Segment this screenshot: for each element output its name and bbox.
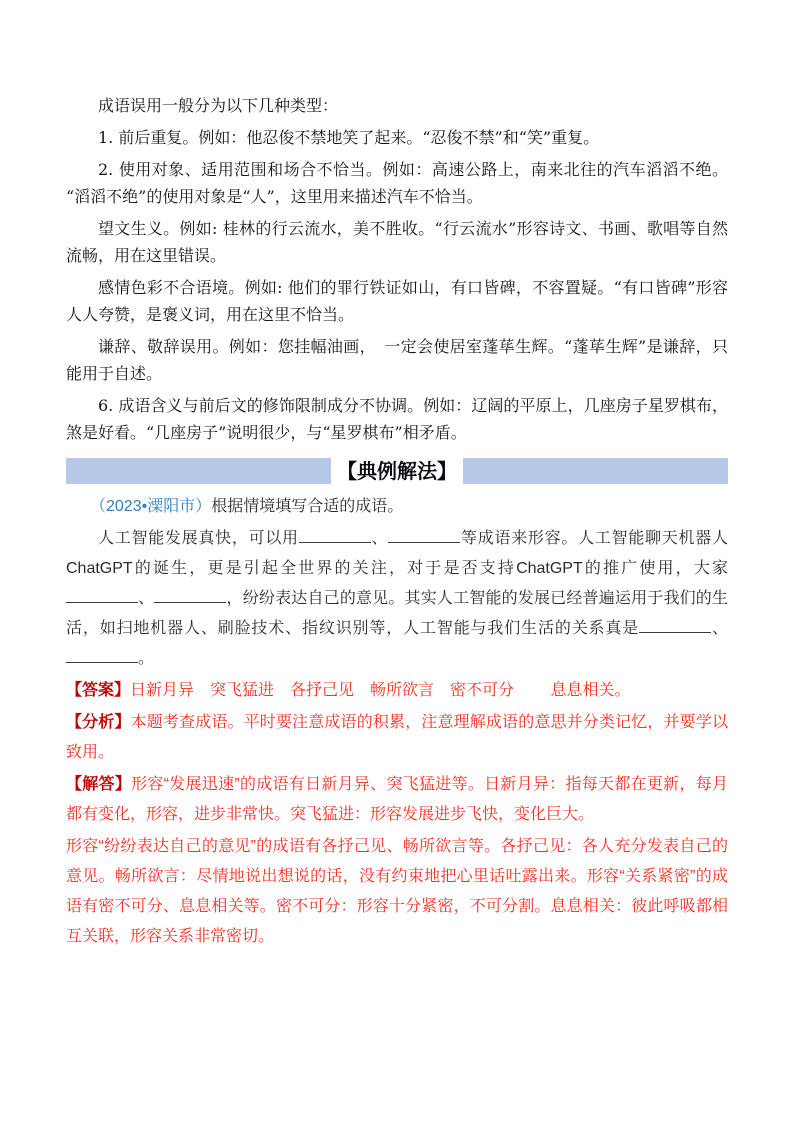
question-source-line: （2023•溧阳市）根据情境填写合适的成语。	[66, 492, 728, 522]
fill-in-blank	[639, 616, 711, 633]
intro-item-6: 6. 成语含义与前后文的修饰限制成分不协调。例如：辽阔的平原上，几座房子星罗棋布…	[66, 392, 728, 446]
intro-item-2: 2. 使用对象、适用范围和场合不恰当。例如：高速公路上，南来北往的汽车滔滔不绝。…	[66, 156, 728, 210]
section-banner: 【典例解法】	[66, 458, 728, 484]
section-banner-title: 【典例解法】	[331, 455, 463, 487]
fill-in-blank	[154, 586, 226, 603]
intro-item-1: 1. 前后重复。例如：他忍俊不禁地笑了起来。“忍俊不禁”和“笑”重复。	[66, 124, 728, 151]
intro-item-4: 感情色彩不合语境。例如: 他们的罪行铁证如山，有口皆碑，不容置疑。“有口皆碑”形…	[66, 274, 728, 328]
question-prompt: 根据情境填写合适的成语。	[211, 498, 403, 515]
analysis-text: 本题考查成语。平时要注意成语的积累，注意理解成语的意思并分类记忆，并要学以致用。	[66, 714, 728, 761]
question-passage: 人工智能发展真快，可以用、等成语来形容。人工智能聊天机器人ChatGPT的诞生，…	[66, 524, 728, 674]
fill-in-blank	[299, 526, 371, 543]
fill-in-blank	[66, 646, 138, 663]
answer-analysis-section: 【答案】日新月异 突飞猛进 各抒己见 畅所欲言 密不可分 息息相关。 【分析】本…	[66, 676, 728, 952]
example-question-section: （2023•溧阳市）根据情境填写合适的成语。 人工智能发展真快，可以用、等成语来…	[66, 492, 728, 674]
explanation-paragraph-2: 形容“纷纷表达自己的意见”的成语有各抒己见、畅所欲言等。各抒己见：各人充分发表自…	[66, 832, 728, 952]
page-content: 成语误用一般分为以下几种类型： 1. 前后重复。例如：他忍俊不禁地笑了起来。“忍…	[0, 0, 794, 952]
intro-item-3: 望文生义。例如: 桂林的行云流水，美不胜收。“行云流水”形容诗文、书画、歌唱等自…	[66, 215, 728, 269]
fill-in-blank	[388, 526, 460, 543]
intro-heading: 成语误用一般分为以下几种类型：	[66, 92, 728, 119]
explanation-label: 【解答】	[66, 776, 131, 793]
answer-text: 日新月异 突飞猛进 各抒己见 畅所欲言 密不可分 息息相关。	[130, 682, 630, 699]
analysis-label: 【分析】	[66, 714, 131, 731]
explanation-paragraph-1: 【解答】形容“发展迅速”的成语有日新月异、突飞猛进等。日新月异：指每天都在更新，…	[66, 770, 728, 830]
document-page: 成语误用一般分为以下几种类型： 1. 前后重复。例如：他忍俊不禁地笑了起来。“忍…	[0, 0, 794, 1123]
intro-item-5: 谦辞、敬辞误用。例如：您挂幅油画， 一定会使居室蓬荜生辉。“蓬荜生辉”是谦辞，只…	[66, 333, 728, 387]
explanation-text-1: 形容“发展迅速”的成语有日新月异、突飞猛进等。日新月异：指每天都在更新，每月都有…	[66, 776, 728, 823]
question-source: （2023•溧阳市）	[90, 498, 211, 515]
idiom-misuse-intro-section: 成语误用一般分为以下几种类型： 1. 前后重复。例如：他忍俊不禁地笑了起来。“忍…	[66, 92, 728, 446]
analysis-line: 【分析】本题考查成语。平时要注意成语的积累，注意理解成语的意思并分类记忆，并要学…	[66, 708, 728, 768]
fill-in-blank	[66, 586, 138, 603]
answer-label: 【答案】	[66, 682, 130, 699]
answer-line: 【答案】日新月异 突飞猛进 各抒己见 畅所欲言 密不可分 息息相关。	[66, 676, 728, 706]
